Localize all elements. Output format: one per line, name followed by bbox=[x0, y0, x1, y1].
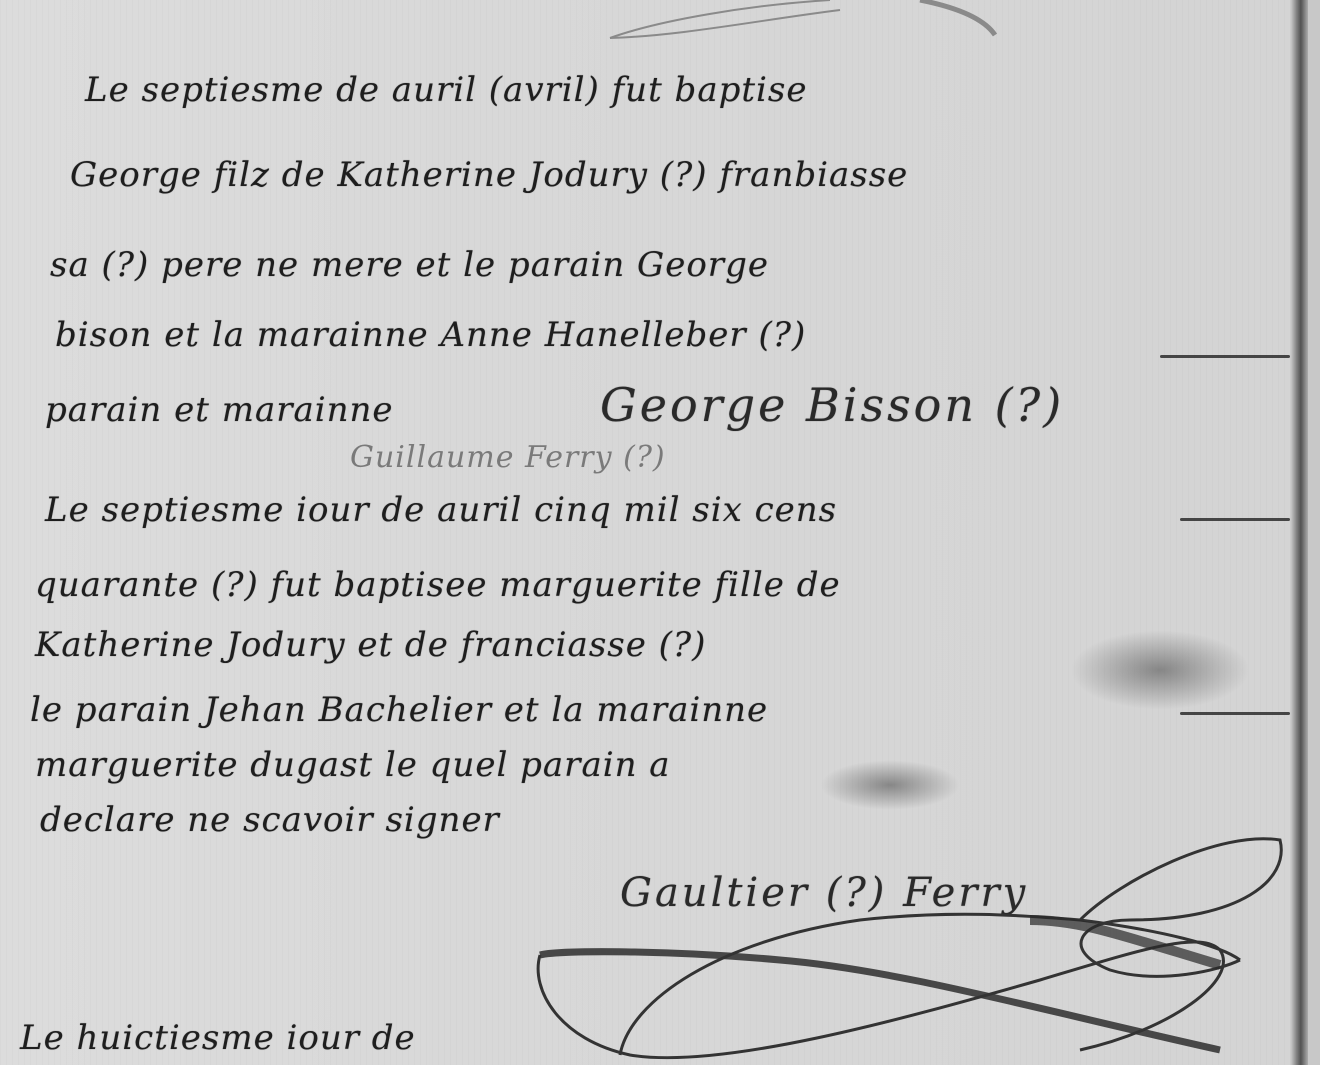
ink-smudge-2 bbox=[820, 760, 960, 810]
entry-2-line-5: marguerite dugast le quel parain a bbox=[35, 745, 671, 785]
entry-1-line-4-rule bbox=[1160, 355, 1290, 358]
entry-2-signature: Gaultier (?) Ferry bbox=[620, 870, 1028, 916]
entry-1-line-2: George filz de Katherine Jodury (?) fran… bbox=[70, 155, 908, 195]
signature-flourish bbox=[520, 820, 1300, 1065]
ink-smudge bbox=[1070, 630, 1250, 710]
entry-1-line-5: parain et marainne bbox=[45, 390, 394, 430]
entry-1-signature: George Bisson (?) bbox=[600, 378, 1064, 432]
entry-2-line-2: quarante (?) fut baptisee marguerite fil… bbox=[35, 565, 841, 605]
faded-top-flourish bbox=[600, 0, 1100, 45]
entry-1-line-1: Le septiesme de auril (avril) fut baptis… bbox=[85, 70, 965, 110]
entry-2-line-4: le parain Jehan Bachelier et la marainne bbox=[30, 690, 768, 730]
entry-2-line-3: Katherine Jodury et de franciasse (?) bbox=[35, 625, 706, 665]
manuscript-page: Le septiesme de auril (avril) fut baptis… bbox=[0, 0, 1320, 1065]
entry-2-line-1-rule bbox=[1180, 518, 1290, 521]
entry-1-line-3: sa (?) pere ne mere et le parain George bbox=[50, 245, 769, 285]
entry-1-line-4: bison et la marainne Anne Hanelleber (?) bbox=[55, 315, 806, 355]
entry-2-line-4-rule bbox=[1180, 712, 1290, 715]
entry-2-line-6: declare ne scavoir signer bbox=[40, 800, 500, 840]
page-binding-edge bbox=[1290, 0, 1308, 1065]
page-edge-strip bbox=[1308, 0, 1320, 1065]
entry-2-interlinear-note: Guillaume Ferry (?) bbox=[350, 440, 666, 475]
entry-2-line-1: Le septiesme iour de auril cinq mil six … bbox=[45, 490, 837, 530]
entry-3-line-1: Le huictiesme iour de bbox=[20, 1018, 416, 1058]
